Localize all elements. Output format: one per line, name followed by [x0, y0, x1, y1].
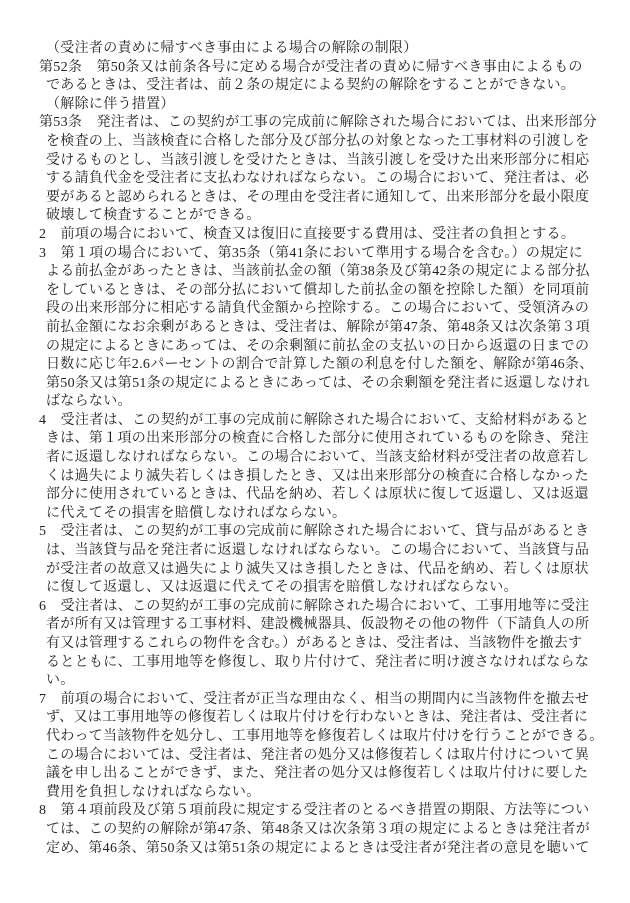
document-page: （受注者の責めに帰すべき事由による場合の解除の制限）第52条 第50条又は前条各…: [0, 0, 630, 903]
item-line: 有又は管理するこれらの物件を含む。）があるときは、受注者は、当該物件を撤去す: [46, 635, 594, 654]
item-line: 8 第４項前段及び第５項前段に規定する受注者のとるべき措置の期限、方法等につい: [39, 802, 594, 821]
item-line: は、当該貸与品を発注者に返還しなければならない。この場合において、当該貸与品: [46, 542, 594, 561]
item-line: 6 受注者は、この契約が工事の完成前に解除された場合において、工事用地等に受注: [39, 598, 594, 617]
item-line: 者に返還しなければならない。この場合において、当該支給材料が受注者の故意若し: [46, 449, 594, 468]
item-line: が受注者の故意又は過失により滅失又はき損したときは、代品を納め、若しくは原状: [46, 561, 594, 580]
article-line: する請負代金を受注者に支払わなければならない。この場合において、発注者は、必: [46, 170, 594, 189]
item-line: きは、第１項の出来形部分の検査に合格した部分に使用されているものを除き、発注: [46, 430, 594, 449]
item-line: 部分に使用されているときは、代品を納め、若しくは原状に復して返還し、又は返還: [46, 486, 594, 505]
item-line: るとともに、工事用地等を修復し、取り片付けて、発注者に明け渡さなければならな: [46, 654, 594, 673]
item-line: この場合においては、受注者は、発注者の処分又は修復若しくは取片付けについて異: [46, 747, 594, 766]
item-line: 4 受注者は、この契約が工事の完成前に解除された場合において、支給材料があると: [39, 412, 594, 431]
article-line: 第52条 第50条又は前条各号に定める場合が受注者の責めに帰すべき事由によるもの: [39, 59, 594, 78]
item-line: ばならない。: [46, 393, 594, 412]
item-line: くは過失により滅失若しくはき損したとき、又は出来形部分の検査に合格しなかった: [46, 468, 594, 487]
item-line: 5 受注者は、この契約が工事の完成前に解除された場合において、貸与品があるとき: [39, 523, 594, 542]
item-line: 2 前項の場合において、検査又は復旧に直接要する費用は、受注者の負担とする。: [39, 226, 594, 245]
item-line: に代えてその損害を賠償しなければならない。: [46, 505, 594, 524]
item-line: 日数に応じ年2.6パーセントの割合で計算した額の利息を付した額を、解除が第46条…: [46, 356, 594, 375]
item-line: をしているときは、その部分払において償却した前払金の額を控除した額）を同項前: [46, 282, 594, 301]
item-line: 段の出来形部分に相応する請負代金額から控除する。この場合において、受領済みの: [46, 300, 594, 319]
item-line: 者が所有又は管理する工事材料、建設機械器具、仮設物その他の物件（下請負人の所: [46, 616, 594, 635]
item-line: に復して返還し、又は返還に代えてその損害を賠償しなければならない。: [46, 579, 594, 598]
item-line: ず、又は工事用地等の修復若しくは取片付けを行わないときは、発注者は、受注者に: [46, 709, 594, 728]
item-line: よる前払金があったときは、当該前払金の額（第38条及び第42条の規定による部分払: [46, 263, 594, 282]
section-heading-line: （受注者の責めに帰すべき事由による場合の解除の制限）: [46, 40, 594, 59]
item-line: 費用を負担しなければならない。: [46, 784, 594, 803]
article-line: を検査の上、当該検査に合格した部分及び部分払の対象となった工事材料の引渡しを: [46, 133, 594, 152]
item-line: 第50条又は第51条の規定によるときにあっては、その余剰額を発注者に返還しなけれ: [46, 375, 594, 394]
item-line: 前払金額になお余剰があるときは、受注者は、解除が第47条、第48条又は次条第３項: [46, 319, 594, 338]
section-heading-line: （解除に伴う措置）: [46, 96, 594, 115]
item-line: 代わって当該物件を処分し、工事用地等を修復若しくは取片付けを行うことができる。: [46, 728, 594, 747]
document-body: （受注者の責めに帰すべき事由による場合の解除の制限）第52条 第50条又は前条各…: [39, 40, 594, 858]
item-line: の規定によるときにあっては、その余剰額に前払金の支払いの日から返還の日までの: [46, 338, 594, 357]
item-line: い。: [46, 672, 594, 691]
article-line: 第53条 発注者は、この契約が工事の完成前に解除された場合においては、出来形部分: [39, 114, 594, 133]
item-line: 議を申し出ることができず、また、発注者の処分又は修復若しくは取片付けに要した: [46, 765, 594, 784]
article-line: 受けるものとし、当該引渡しを受けたときは、当該引渡しを受けた出来形部分に相応: [46, 152, 594, 171]
item-line: ては、この契約の解除が第47条、第48条又は次条第３項の規定によるときは発注者が: [46, 821, 594, 840]
item-line: 3 第１項の場合において、第35条（第41条において準用する場合を含む。）の規定…: [39, 245, 594, 264]
article-line: 要があると認められるときは、その理由を受注者に通知して、出来形部分を最小限度: [46, 189, 594, 208]
article-line: であるときは、受注者は、前２条の規定による契約の解除をすることができない。: [46, 77, 594, 96]
article-line: 破壊して検査することができる。: [46, 207, 594, 226]
item-line: 定め、第46条、第50条又は第51条の規定によるときは受注者が発注者の意見を聴い…: [46, 840, 594, 859]
item-line: 7 前項の場合において、受注者が正当な理由なく、相当の期間内に当該物件を撤去せ: [39, 691, 594, 710]
